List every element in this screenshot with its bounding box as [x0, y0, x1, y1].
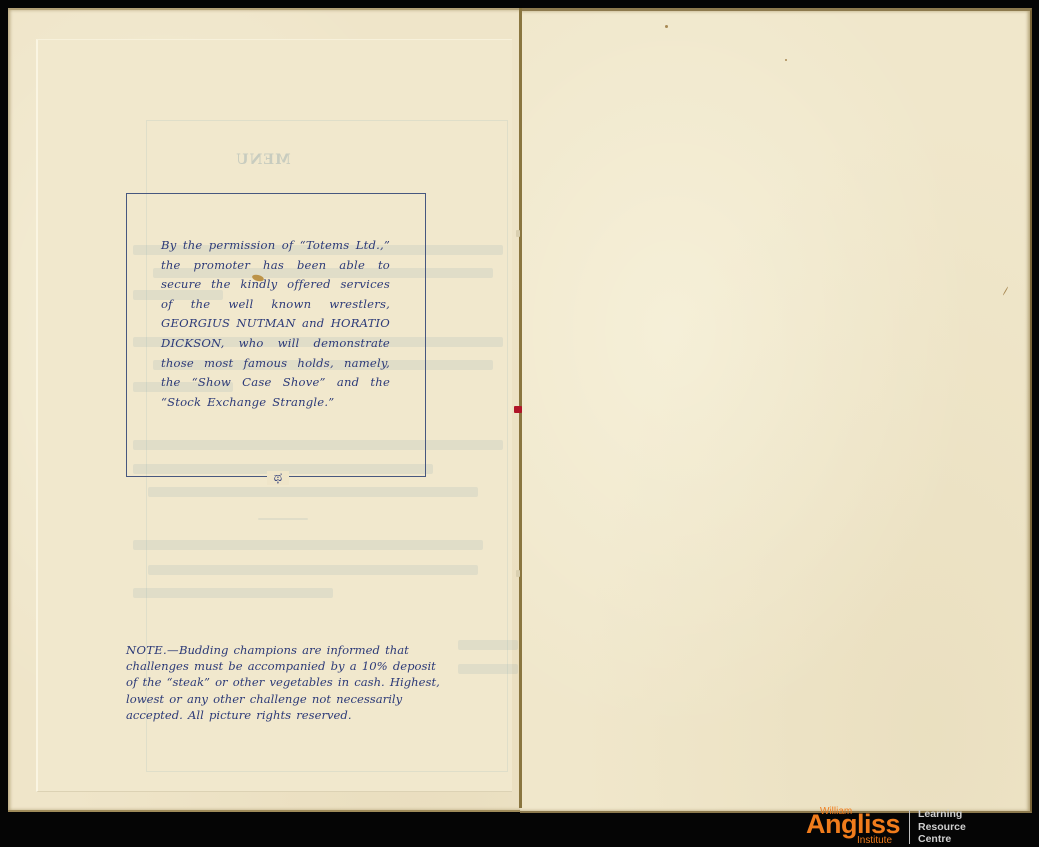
- watermark-logo: William Angliss Institute Learning Resou…: [806, 806, 1039, 847]
- showthrough-line: [133, 588, 333, 598]
- showthrough-line: [458, 640, 518, 650]
- paper-speck: [1003, 286, 1009, 295]
- showthrough-line: [458, 664, 518, 674]
- note-label: NOTE.—: [126, 643, 179, 657]
- ornament-icon: ಥ: [267, 471, 289, 485]
- staple: [516, 570, 520, 577]
- showthrough-line: [133, 540, 483, 550]
- showthrough-line: [258, 518, 308, 520]
- showthrough-line: [148, 487, 478, 497]
- wrestlers-announcement: By the permission of “Totems Ltd.,” the …: [161, 236, 390, 412]
- logo-institute: Institute: [857, 835, 892, 846]
- staple: [516, 230, 520, 237]
- info-box: By the permission of “Totems Ltd.,” the …: [126, 193, 426, 477]
- showthrough-line: [148, 565, 478, 575]
- paper-speck: [785, 59, 787, 61]
- paper-speck: [665, 25, 668, 28]
- logo-learning-resource-centre: Learning Resource Centre: [918, 808, 966, 846]
- left-page: MENU By the permission of “Totems Ltd.,”…: [8, 8, 520, 812]
- logo-line: Learning: [918, 808, 966, 821]
- logo-line: Resource: [918, 821, 966, 834]
- right-page: [520, 8, 1032, 813]
- showthrough-heading: MENU: [213, 152, 313, 168]
- note-paragraph: NOTE.—Budding champions are informed tha…: [126, 642, 441, 723]
- scanned-booklet: MENU By the permission of “Totems Ltd.,”…: [8, 8, 1030, 808]
- logo-line: Centre: [918, 833, 966, 846]
- logo-divider: [909, 810, 910, 844]
- staple: [514, 406, 522, 413]
